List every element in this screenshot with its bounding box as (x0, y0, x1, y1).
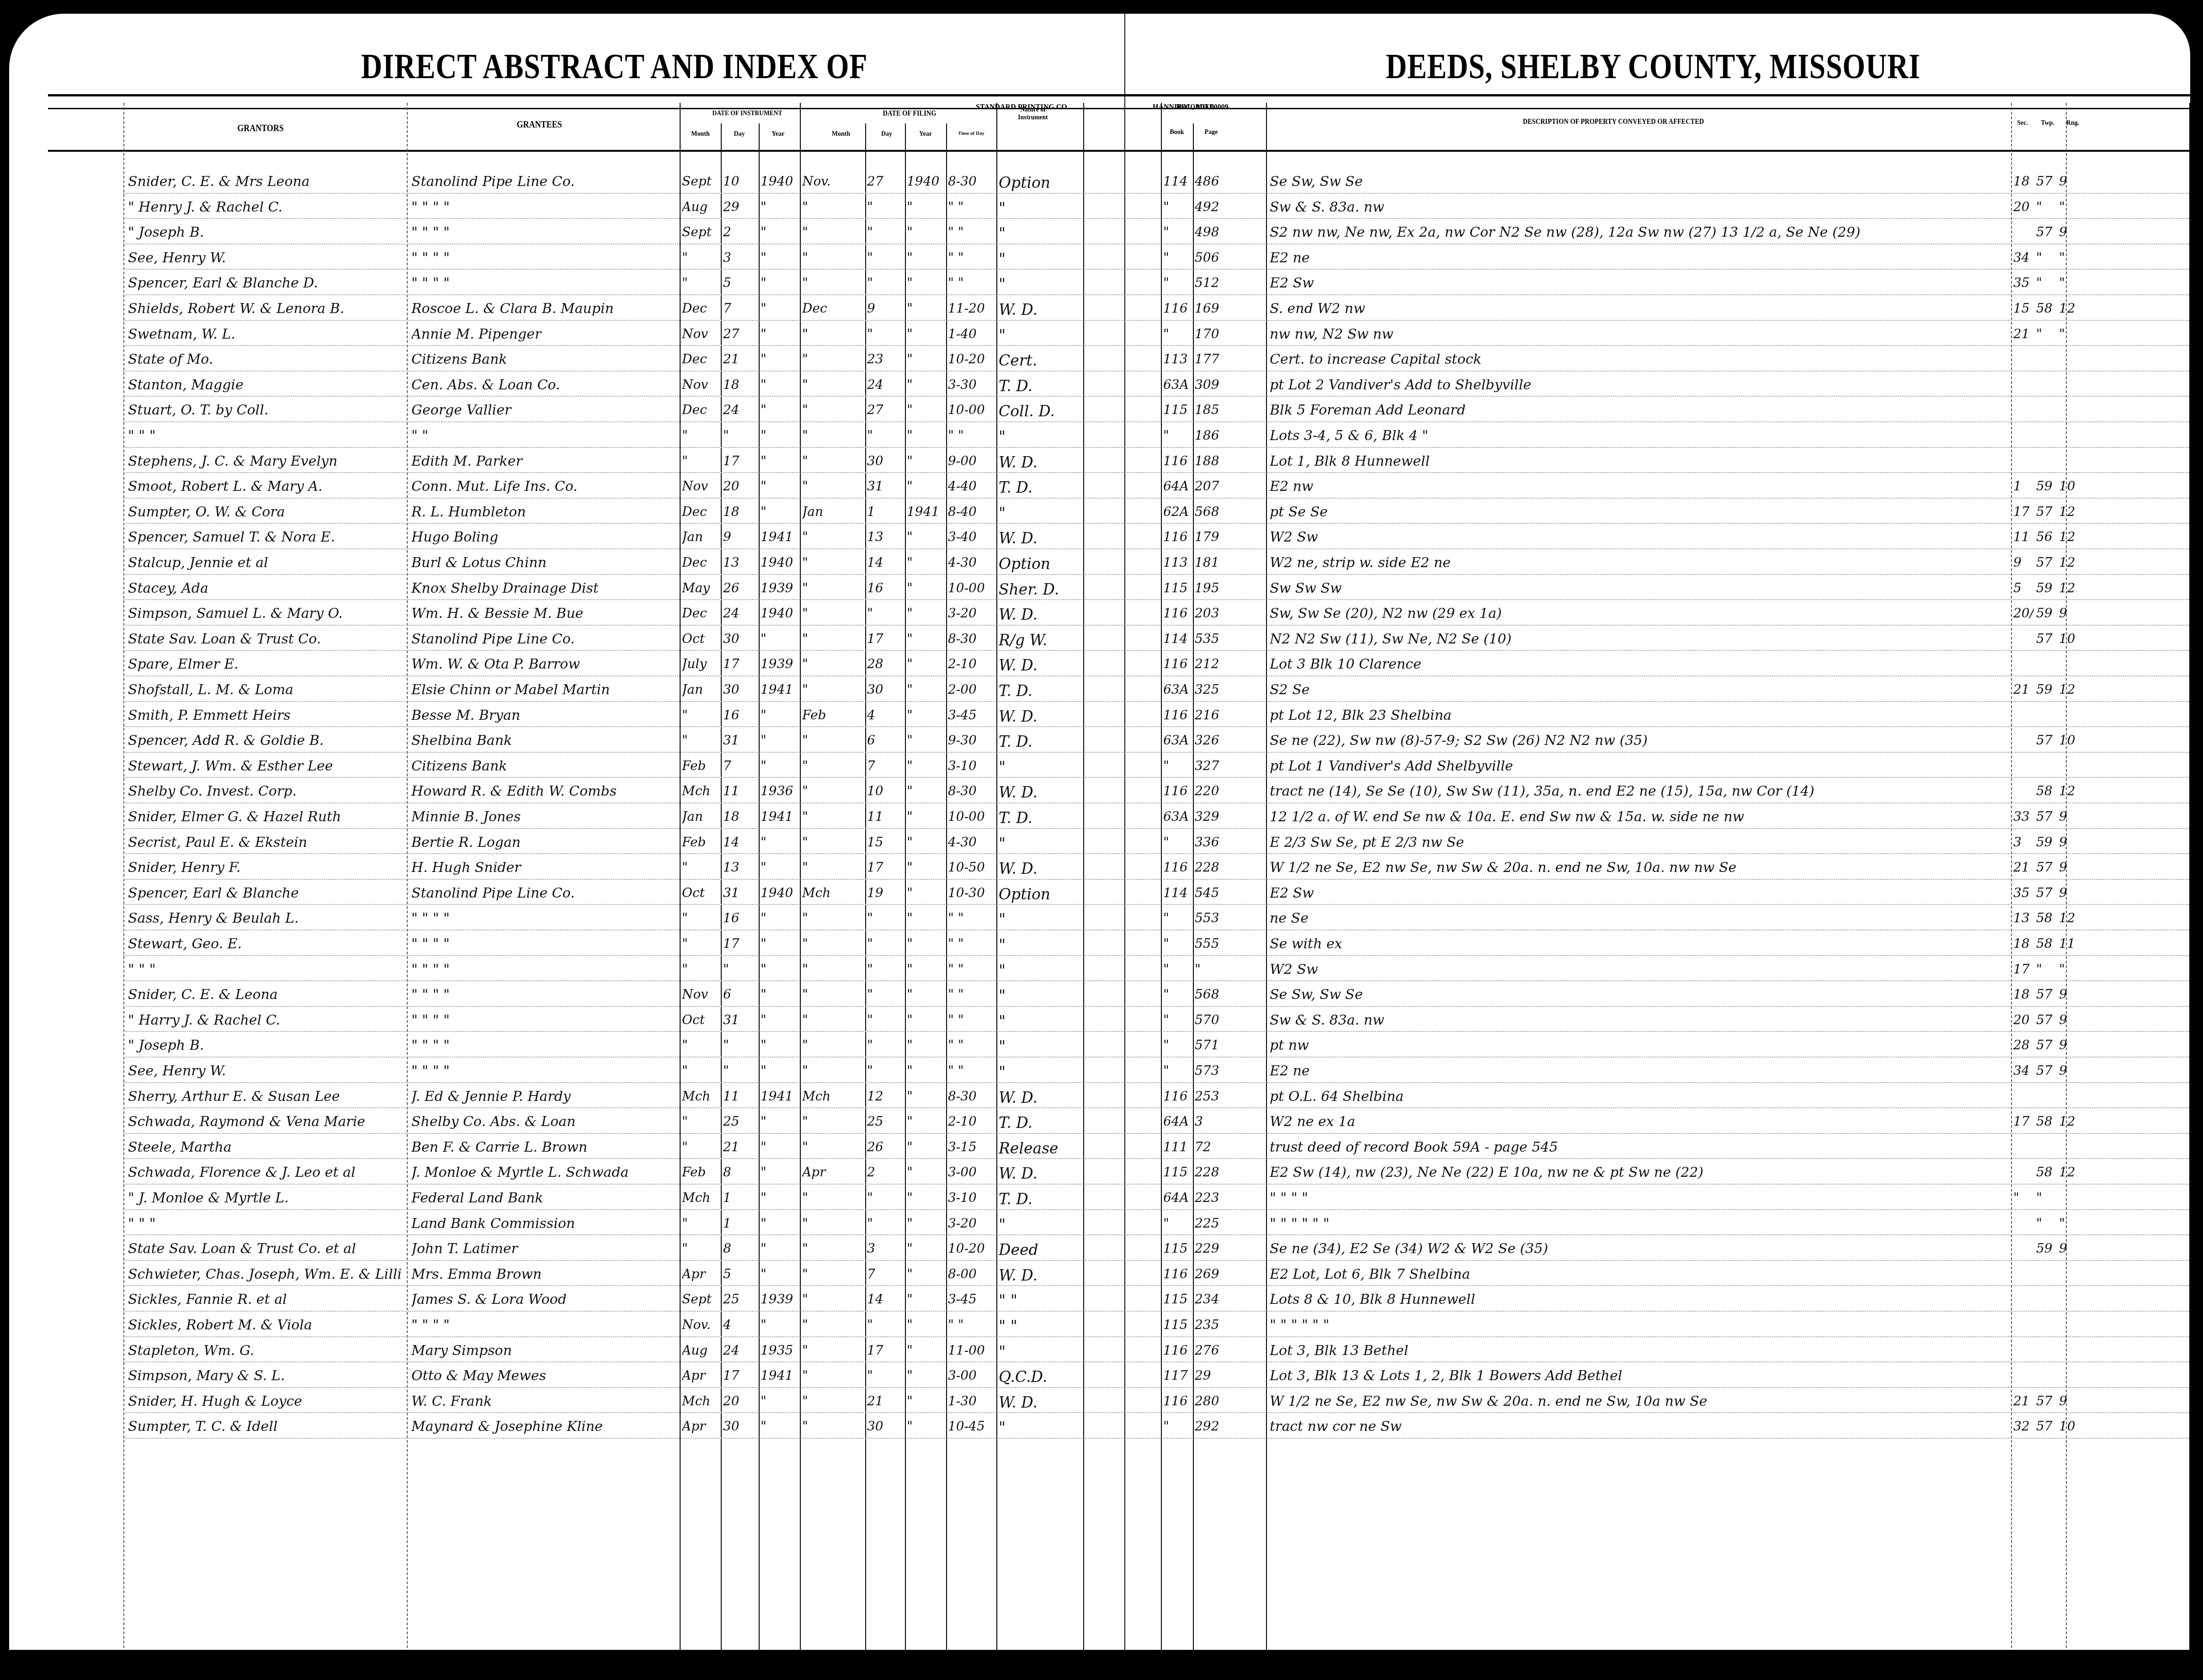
cell-fy: " (907, 606, 945, 621)
cell-id: 17 (723, 453, 757, 468)
cell-iy: " (761, 351, 799, 367)
cell-fd: 30 (867, 453, 904, 468)
cell-book: 116 (1163, 656, 1192, 671)
cell-desc: pt Lot 1 Vandiver's Add Shelbyville (1270, 758, 2001, 774)
cell-sec: 21 (2013, 682, 2034, 697)
cell-im: Aug (682, 1343, 719, 1358)
cell-grantee: " " " " (411, 199, 676, 215)
cell-fy: " (907, 1317, 945, 1332)
cell-ft: 8-30 (948, 783, 995, 798)
cell-page: 326 (1195, 733, 1263, 748)
cell-book: 115 (1163, 1317, 1192, 1332)
cell-id: 18 (723, 377, 757, 392)
cell-iy: " (761, 1241, 799, 1256)
row-rule (123, 1006, 2189, 1007)
cell-iy: 1941 (761, 1368, 799, 1383)
cell-im: " (682, 453, 719, 468)
col-header-inst-day: Day (720, 131, 759, 138)
cell-fm: " (802, 1393, 864, 1409)
cell-ft: 4-30 (948, 555, 995, 570)
cell-grantee: H. Hugh Snider (411, 860, 676, 876)
scan-edge-bottom (0, 1650, 2203, 1680)
cell-sec: 34 (2013, 1063, 2034, 1078)
cell-book: " (1163, 962, 1192, 977)
cell-id: 8 (723, 1241, 757, 1256)
cell-desc: Blk 5 Foreman Add Leonard (1270, 402, 2001, 418)
cell-nature: " (999, 962, 1081, 979)
cell-grantor: " J. Monloe & Myrtle L. (128, 1190, 402, 1206)
cell-ft: 10-00 (948, 580, 995, 595)
row-rule (123, 1057, 2189, 1058)
cell-twp: 57 (2036, 885, 2057, 900)
cell-ft: 4-30 (948, 835, 995, 850)
table-row: Spencer, Earl & BlancheStanolind Pipe Li… (0, 881, 2203, 905)
table-row: Snider, H. Hugh & LoyceW. C. FrankMch20"… (0, 1389, 2203, 1414)
cell-desc: W 1/2 ne Se, E2 nw Se, nw Sw & 20a. n. e… (1270, 860, 2001, 876)
cell-id: 25 (723, 1114, 757, 1129)
cell-twp: 58 (2036, 1164, 2057, 1180)
cell-grantor: State Sav. Loan & Trust Co. (128, 631, 402, 647)
cell-id: 21 (723, 1139, 757, 1154)
cell-desc: Lot 3, Blk 13 Bethel (1270, 1343, 2001, 1359)
cell-page: 234 (1195, 1292, 1263, 1307)
cell-nature: Q.C.D. (999, 1368, 1081, 1386)
cell-grantor: Stuart, O. T. by Coll. (128, 402, 402, 418)
cell-iy: " (761, 1266, 799, 1281)
cell-grantor: Spencer, Earl & Blanche (128, 885, 402, 901)
cell-id: 17 (723, 656, 757, 671)
cell-twp: 59 (2036, 682, 2057, 697)
cell-im: " (682, 1139, 719, 1154)
cell-nature: " (999, 1216, 1081, 1233)
cell-fm: " (802, 377, 864, 392)
cell-grantor: Spencer, Earl & Blanche D. (128, 275, 402, 291)
cell-fm: " (802, 1063, 864, 1078)
cell-ft: 10-45 (948, 1419, 995, 1434)
cell-grantee: Stanolind Pipe Line Co. (411, 885, 676, 901)
cell-nature: " (999, 199, 1081, 217)
cell-page: 179 (1195, 529, 1263, 544)
cell-desc: trust deed of record Book 59A - page 545 (1270, 1139, 2001, 1155)
cell-book: " (1163, 199, 1192, 214)
cell-id: 1 (723, 1216, 757, 1231)
row-rule (123, 498, 2189, 499)
cell-desc: Cert. to increase Capital stock (1270, 351, 2001, 367)
cell-grantor: Sumpter, O. W. & Cora (128, 504, 402, 520)
cell-book: 114 (1163, 885, 1192, 900)
cell-ft: 8-30 (948, 1089, 995, 1104)
cell-iy: " (761, 1190, 799, 1205)
table-row: State Sav. Loan & Trust Co.Stanolind Pip… (0, 627, 2203, 651)
cell-fm: " (802, 860, 864, 875)
cell-sec: 33 (2013, 809, 2034, 824)
cell-fm: " (802, 809, 864, 824)
cell-fy: " (907, 656, 945, 671)
cell-id: 20 (723, 478, 757, 494)
cell-fm: " (802, 478, 864, 494)
cell-nature: " (999, 936, 1081, 954)
cell-rng: " (2059, 1216, 2080, 1231)
cell-fd: 11 (867, 809, 904, 824)
cell-page: " (1195, 962, 1263, 977)
cell-grantee: " " " " (411, 1012, 676, 1028)
cell-grantor: " Harry J. & Rachel C. (128, 1012, 402, 1028)
cell-im: Aug (682, 199, 719, 214)
cell-book: " (1163, 275, 1192, 290)
cell-fm: " (802, 1368, 864, 1383)
cell-nature: T. D. (999, 1114, 1081, 1132)
cell-desc: Sw, Sw Se (20), N2 nw (29 ex 1a) (1270, 606, 2001, 622)
table-row: " " "" """""""" """186Lots 3-4, 5 & 6, B… (0, 423, 2203, 448)
cell-desc: E2 nw (1270, 478, 2001, 494)
cell-twp: 57 (2036, 1012, 2057, 1027)
cell-fm: Dec (802, 301, 864, 316)
cell-nature: W. D. (999, 301, 1081, 319)
cell-page: 228 (1195, 860, 1263, 875)
cell-ft: 9-30 (948, 733, 995, 748)
cell-grantee: " " " " (411, 1317, 676, 1333)
table-row: State of Mo.Citizens BankDec21""23"10-20… (0, 347, 2203, 372)
cell-fm: " (802, 326, 864, 341)
cell-iy: 1941 (761, 1089, 799, 1104)
cell-iy: " (761, 402, 799, 417)
cell-sec: 20/29 (2013, 606, 2034, 621)
cell-grantee: Stanolind Pipe Line Co. (411, 631, 676, 647)
row-rule (123, 1260, 2189, 1261)
cell-book: 63A (1163, 809, 1192, 824)
cell-fd: 14 (867, 555, 904, 570)
cell-id: 13 (723, 860, 757, 875)
cell-fm: " (802, 758, 864, 773)
row-rule (123, 1184, 2189, 1185)
cell-nature: W. D. (999, 1393, 1081, 1411)
cell-nature: " (999, 987, 1081, 1005)
cell-desc: E2 Lot, Lot 6, Blk 7 Shelbina (1270, 1266, 2001, 1282)
cell-nature: " (999, 1063, 1081, 1081)
cell-ft: 4-40 (948, 478, 995, 494)
row-rule (123, 244, 2189, 245)
cell-im: Nov (682, 987, 719, 1002)
cell-grantee: Elsie Chinn or Mabel Martin (411, 682, 676, 698)
cell-id: 30 (723, 682, 757, 697)
cell-ft: 3-20 (948, 1216, 995, 1231)
cell-grantee: Ben F. & Carrie L. Brown (411, 1139, 676, 1155)
cell-im: " (682, 910, 719, 925)
cell-page: 3 (1195, 1114, 1263, 1129)
row-rule (123, 1107, 2189, 1109)
cell-fm: " (802, 199, 864, 214)
table-row: " Henry J. & Rachel C." " " "Aug29""""" … (0, 195, 2203, 219)
cell-fm: " (802, 250, 864, 265)
cell-twp: 57 (2036, 555, 2057, 570)
cell-fy: " (907, 962, 945, 977)
cell-nature: Sher. D. (999, 580, 1081, 598)
cell-rng: 12 (2059, 580, 2080, 595)
cell-fd: 23 (867, 351, 904, 367)
cell-fm: " (802, 453, 864, 468)
cell-desc: E2 Sw (14), nw (23), Ne Ne (22) E 10a, n… (1270, 1164, 2001, 1180)
cell-twp: 59 (2036, 835, 2057, 850)
cell-nature: T. D. (999, 809, 1081, 827)
cell-im: " (682, 428, 719, 443)
cell-page: 498 (1195, 224, 1263, 239)
cell-grantor: Smoot, Robert L. & Mary A. (128, 478, 402, 494)
cell-id: 13 (723, 555, 757, 570)
cell-page: 185 (1195, 402, 1263, 417)
cell-fd: 21 (867, 1393, 904, 1409)
cell-fm: " (802, 962, 864, 977)
table-row: Spare, Elmer E.Wm. W. & Ota P. BarrowJul… (0, 652, 2203, 676)
cell-rng: 12 (2059, 1164, 2080, 1180)
cell-id: 16 (723, 707, 757, 723)
cell-nature: W. D. (999, 1089, 1081, 1106)
cell-id: " (723, 1063, 757, 1078)
cell-fm: " (802, 1419, 864, 1434)
cell-iy: " (761, 377, 799, 392)
cell-fm: " (802, 1139, 864, 1154)
cell-twp: 59 (2036, 478, 2057, 494)
cell-ft: 1-30 (948, 1393, 995, 1409)
cell-iy: " (761, 250, 799, 265)
cell-id: 30 (723, 631, 757, 646)
cell-nature: W. D. (999, 707, 1081, 725)
cell-page: 280 (1195, 1393, 1263, 1409)
cell-fy: " (907, 733, 945, 748)
cell-rng: " (2059, 962, 2080, 977)
cell-fd: " (867, 936, 904, 951)
cell-fd: 2 (867, 1164, 904, 1180)
table-row: Schwada, Raymond & Vena MarieShelby Co. … (0, 1109, 2203, 1134)
cell-fd: " (867, 1216, 904, 1231)
cell-fy: " (907, 809, 945, 824)
row-rule (123, 879, 2189, 880)
cell-fd: 12 (867, 1089, 904, 1104)
cell-desc: Se Sw, Sw Se (1270, 987, 2001, 1003)
cell-fd: 15 (867, 835, 904, 850)
row-rule (123, 625, 2189, 626)
cell-grantor: Sherry, Arthur E. & Susan Lee (128, 1089, 402, 1105)
row-rule (123, 193, 2189, 194)
cell-rng: 9 (2059, 835, 2080, 850)
cell-book: " (1163, 910, 1192, 925)
cell-iy: " (761, 987, 799, 1002)
cell-grantee: " " " " (411, 1063, 676, 1079)
cell-page: 555 (1195, 936, 1263, 951)
cell-grantor: " Henry J. & Rachel C. (128, 199, 402, 215)
cell-ft: 3-20 (948, 606, 995, 621)
cell-fd: 16 (867, 580, 904, 595)
cell-grantor: " Joseph B. (128, 1037, 402, 1053)
cell-twp: 57 (2036, 860, 2057, 875)
row-rule (123, 421, 2189, 423)
cell-page: 212 (1195, 656, 1263, 671)
cell-ft: 2-00 (948, 682, 995, 697)
cell-desc: E 2/3 Sw Se, pt E 2/3 nw Se (1270, 835, 2001, 851)
cell-grantor: Stacey, Ada (128, 580, 402, 596)
cell-ft: 10-20 (948, 1241, 995, 1256)
table-row: " Harry J. & Rachel C." " " "Oct31""""" … (0, 1008, 2203, 1032)
scan-edge-top (0, 0, 2203, 13)
cell-fy: " (907, 885, 945, 900)
cell-iy: 1939 (761, 1292, 799, 1307)
cell-twp: 58 (2036, 783, 2057, 798)
cell-nature: " (999, 1419, 1081, 1436)
cell-book: 62A (1163, 504, 1192, 519)
cell-ft: 3-40 (948, 529, 995, 544)
cell-fm: " (802, 733, 864, 748)
cell-twp: " (2036, 326, 2057, 341)
cell-ft: " " (948, 199, 995, 214)
cell-ft: " " (948, 275, 995, 290)
cell-ft: 3-15 (948, 1139, 995, 1154)
cell-grantor: Stewart, J. Wm. & Esther Lee (128, 758, 402, 774)
cell-page: 535 (1195, 631, 1263, 646)
cell-iy: 1940 (761, 606, 799, 621)
cell-grantee: " " " " (411, 224, 676, 240)
cell-im: Nov (682, 326, 719, 341)
col-header-book: Book (1161, 129, 1193, 136)
cell-fy: " (907, 275, 945, 290)
cell-fy: " (907, 910, 945, 925)
cell-fd: " (867, 1063, 904, 1078)
cell-page: 276 (1195, 1343, 1263, 1358)
cell-desc: " " " " " " (1270, 1317, 2001, 1333)
cell-id: 11 (723, 1089, 757, 1104)
cell-grantee: Land Bank Commission (411, 1216, 676, 1232)
table-row: Smith, P. Emmett HeirsBesse M. Bryan"16"… (0, 703, 2203, 728)
cell-grantor: Sumpter, T. C. & Idell (128, 1419, 402, 1435)
cell-grantee: Mrs. Emma Brown (411, 1266, 676, 1282)
table-row: See, Henry W." " " ""3""""" """506E2 ne3… (0, 245, 2203, 270)
cell-grantee: Howard R. & Edith W. Combs (411, 783, 676, 799)
cell-id: 18 (723, 504, 757, 519)
cell-ft: 2-10 (948, 656, 995, 671)
row-rule (123, 1209, 2189, 1211)
cell-nature: " (999, 428, 1081, 446)
cell-page: 545 (1195, 885, 1263, 900)
cell-grantor: Steele, Martha (128, 1139, 402, 1155)
cell-fd: " (867, 1012, 904, 1027)
row-rule (123, 574, 2189, 575)
cell-grantor: Snider, C. E. & Mrs Leona (128, 174, 402, 190)
cell-rng: 10 (2059, 631, 2080, 646)
cell-id: 29 (723, 199, 757, 214)
cell-iy: " (761, 962, 799, 977)
cell-fy: " (907, 326, 945, 341)
table-row: Snider, Elmer G. & Hazel RuthMinnie B. J… (0, 804, 2203, 829)
col-header-filing-year: Year (907, 131, 944, 138)
cell-page: 486 (1195, 174, 1263, 189)
row-rule (123, 523, 2189, 524)
cell-grantor: Stephens, J. C. & Mary Evelyn (128, 453, 402, 469)
cell-grantee: Mary Simpson (411, 1343, 676, 1359)
table-row: Stanton, MaggieCen. Abs. & Loan Co.Nov18… (0, 372, 2203, 397)
cell-fd: 7 (867, 758, 904, 773)
cell-fy: " (907, 224, 945, 239)
cell-ft: 8-40 (948, 504, 995, 519)
cell-grantor: Schwada, Raymond & Vena Marie (128, 1114, 402, 1130)
cell-fy: " (907, 1292, 945, 1307)
cell-nature: " (999, 758, 1081, 776)
cell-fy: " (907, 1393, 945, 1409)
cell-desc: Sw Sw Sw (1270, 580, 2001, 596)
cell-grantor: Stalcup, Jennie et al (128, 555, 402, 571)
cell-sec: 5 (2013, 580, 2034, 595)
col-header-inst-year: Year (759, 131, 798, 138)
cell-iy: " (761, 936, 799, 951)
table-row: Snider, Henry F.H. Hugh Snider"13""17"10… (0, 855, 2203, 880)
header-rule-top (48, 94, 2196, 96)
table-row: Secrist, Paul E. & EksteinBertie R. Loga… (0, 830, 2203, 855)
cell-fd: 28 (867, 656, 904, 671)
cell-twp: 58 (2036, 1114, 2057, 1129)
cell-grantor: Sickles, Fannie R. et al (128, 1292, 402, 1308)
cell-fd: 1 (867, 504, 904, 519)
table-row: Stalcup, Jennie et alBurl & Lotus ChinnD… (0, 550, 2203, 575)
cell-book: 115 (1163, 1241, 1192, 1256)
cell-desc: N2 N2 Sw (11), Sw Ne, N2 Se (10) (1270, 631, 2001, 647)
cell-id: 24 (723, 1343, 757, 1358)
cell-page: 188 (1195, 453, 1263, 468)
cell-fy: " (907, 1190, 945, 1205)
cell-desc: pt Lot 2 Vandiver's Add to Shelbyville (1270, 377, 2001, 393)
cell-sec: 28 (2013, 1037, 2034, 1053)
cell-fm: " (802, 1012, 864, 1027)
cell-book: " (1163, 326, 1192, 341)
row-rule (123, 904, 2189, 905)
cell-nature: R/g W. (999, 631, 1081, 649)
cell-twp: 57 (2036, 1063, 2057, 1078)
cell-sec: 32 (2013, 1419, 2034, 1434)
cell-page: 235 (1195, 1317, 1263, 1332)
cell-fd: " (867, 326, 904, 341)
cell-page: 506 (1195, 250, 1263, 265)
table-row: Snider, C. E. & Mrs LeonaStanolind Pipe … (0, 169, 2203, 194)
row-rule (123, 828, 2189, 829)
cell-id: 31 (723, 885, 757, 900)
cell-id: 31 (723, 1012, 757, 1027)
cell-twp: 57 (2036, 174, 2057, 189)
cell-nature: T. D. (999, 1190, 1081, 1208)
cell-iy: " (761, 1037, 799, 1053)
cell-iy: 1940 (761, 555, 799, 570)
cell-desc: S2 nw nw, Ne nw, Ex 2a, nw Cor N2 Se nw … (1270, 224, 2001, 240)
cell-fm: Mch (802, 885, 864, 900)
cell-grantee: Maynard & Josephine Kline (411, 1419, 676, 1435)
cell-nature: Deed (999, 1241, 1081, 1259)
cell-sec: 34 (2013, 250, 2034, 265)
cell-ft: " " (948, 1063, 995, 1078)
cell-fm: " (802, 351, 864, 367)
cell-page: 309 (1195, 377, 1263, 392)
cell-fm: " (802, 529, 864, 544)
cell-grantor: Simpson, Mary & S. L. (128, 1368, 402, 1384)
cell-sec: 20 (2013, 199, 2034, 214)
cell-book: " (1163, 1216, 1192, 1231)
cell-nature: " (999, 275, 1081, 293)
cell-im: Nov. (682, 1317, 719, 1332)
cell-fy: " (907, 682, 945, 697)
cell-id: 18 (723, 809, 757, 824)
cell-fm: " (802, 1343, 864, 1358)
cell-page: 570 (1195, 1012, 1263, 1027)
cell-grantee: Bertie R. Logan (411, 835, 676, 851)
cell-im: Sept (682, 174, 719, 189)
cell-fd: 30 (867, 682, 904, 697)
cell-desc: W2 Sw (1270, 529, 2001, 545)
cell-nature: W. D. (999, 1164, 1081, 1182)
cell-fy: " (907, 1241, 945, 1256)
